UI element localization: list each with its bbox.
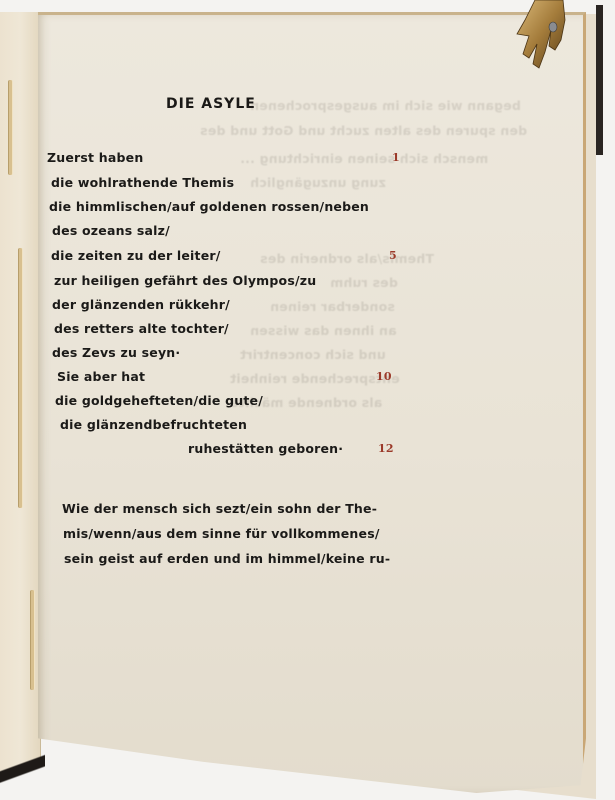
- poem-line: die goldgehefteten/die gute/: [55, 393, 263, 408]
- bronze-hand-figurine-icon: [513, 0, 573, 75]
- poem-line: die glänzendbefruchteten: [60, 417, 247, 432]
- poem-line: des retters alte tochter/: [54, 321, 229, 336]
- photo-scene: begann wie sich im ausgesprochenen den s…: [0, 0, 615, 800]
- binding-thread: [18, 248, 23, 508]
- commentary-line: mis/wenn/aus dem sinne für vollkommenes/: [63, 526, 380, 541]
- book-page: begann wie sich im ausgesprochenen den s…: [38, 12, 586, 793]
- poem-line: die wohlrathende Themis: [51, 175, 234, 190]
- poem-line: die zeiten zu der leiter/: [51, 248, 221, 263]
- poem-title: DIE ASYLE: [166, 96, 256, 112]
- commentary-line: Wie der mensch sich sezt/ein sohn der Th…: [62, 501, 377, 516]
- line-number: 5: [389, 249, 397, 262]
- page-text: begann wie sich im ausgesprochenen den s…: [0, 3, 545, 781]
- poem-line: ruhestätten geboren·: [188, 441, 343, 456]
- showthrough-line: zung unzugänglich: [250, 175, 386, 190]
- line-number: 1: [392, 151, 400, 164]
- showthrough-line: Themis/als ordnerin des: [260, 251, 434, 266]
- line-number: 12: [378, 442, 394, 455]
- poem-line: der glänzenden rükkehr/: [52, 297, 230, 312]
- showthrough-line: an ihnen das wissen: [250, 323, 397, 338]
- showthrough-line: sonderbar reinen: [270, 299, 395, 314]
- poem-line: des ozeans salz/: [52, 223, 170, 238]
- showthrough-line: mensch sich seinen einrichtung ...: [240, 151, 488, 166]
- poem-line: zur heiligen gefährt des Olympos/zu: [54, 273, 316, 288]
- showthrough-line: entsprechende reinheit: [230, 371, 400, 386]
- poem-line: Sie aber hat: [57, 369, 145, 384]
- line-number: 10: [376, 370, 392, 383]
- showthrough-line: den spuren des alten zucht und Gott und …: [200, 123, 527, 138]
- commentary-line: sein geist auf erden und im himmel/keine…: [64, 551, 390, 566]
- showthrough-line: des ruhm: [330, 275, 398, 290]
- book-cover-edge: [0, 740, 45, 800]
- binding-thread: [30, 590, 35, 690]
- showthrough-line: und sich concentrirt: [240, 347, 386, 362]
- showthrough-line: begann wie sich im ausgesprochenen: [250, 98, 521, 113]
- book-cover-right-edge: [596, 5, 603, 155]
- poem-line: Zuerst haben: [47, 150, 143, 165]
- poem-line: des Zevs zu seyn·: [52, 345, 180, 360]
- poem-line: die himmlischen/auf goldenen rossen/nebe…: [49, 199, 369, 214]
- binding-thread: [8, 80, 13, 175]
